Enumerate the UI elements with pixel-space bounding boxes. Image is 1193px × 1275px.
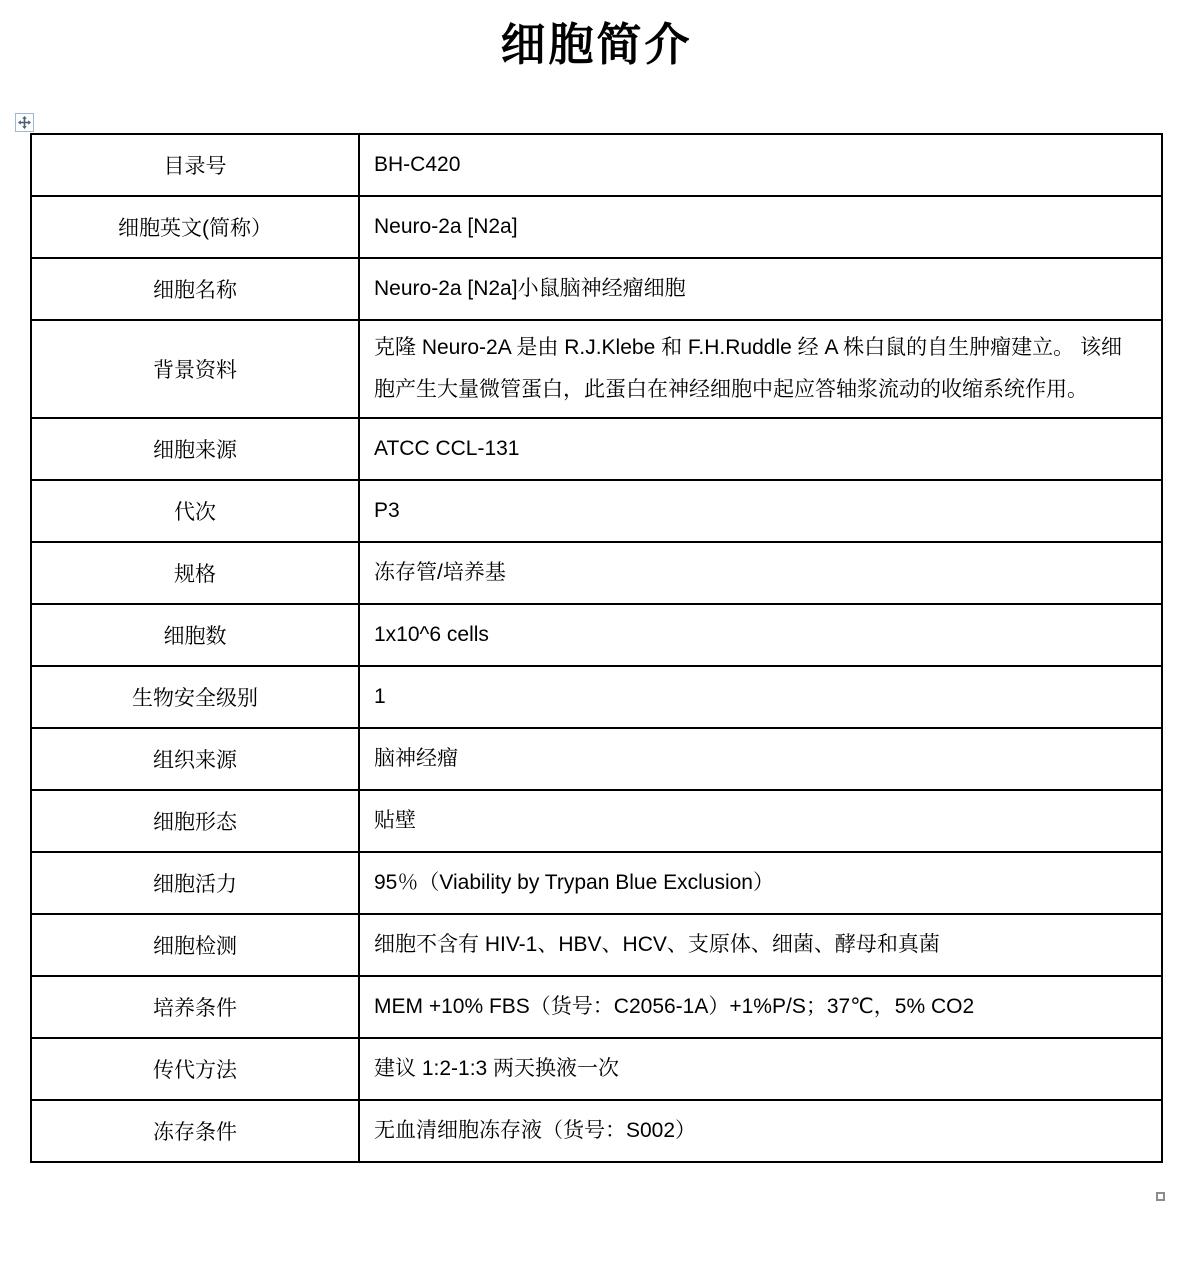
row-value: Neuro-2a [N2a]小鼠脑神经瘤细胞 bbox=[359, 258, 1162, 320]
row-value: 脑神经瘤 bbox=[359, 728, 1162, 790]
row-value: Neuro-2a [N2a] bbox=[359, 196, 1162, 258]
table-row: 冻存条件无血清细胞冻存液（货号：S002） bbox=[31, 1100, 1162, 1162]
table-resize-handle[interactable] bbox=[1156, 1192, 1165, 1201]
table-row: 培养条件MEM +10% FBS（货号：C2056-1A）+1%P/S；37℃，… bbox=[31, 976, 1162, 1038]
table-row: 细胞活力95％（Viability by Trypan Blue Exclusi… bbox=[31, 852, 1162, 914]
table-row: 代次P3 bbox=[31, 480, 1162, 542]
row-label: 细胞英文(简称） bbox=[31, 196, 359, 258]
row-value: 细胞不含有 HIV-1、HBV、HCV、支原体、细菌、酵母和真菌 bbox=[359, 914, 1162, 976]
table-row: 生物安全级别1 bbox=[31, 666, 1162, 728]
row-value: MEM +10% FBS（货号：C2056-1A）+1%P/S；37℃，5% C… bbox=[359, 976, 1162, 1038]
table-row: 细胞形态贴壁 bbox=[31, 790, 1162, 852]
row-label: 细胞形态 bbox=[31, 790, 359, 852]
row-value: 1x10^6 cells bbox=[359, 604, 1162, 666]
cell-info-table: 目录号BH-C420细胞英文(简称）Neuro-2a [N2a]细胞名称Neur… bbox=[30, 133, 1163, 1163]
row-value: 建议 1:2-1:3 两天换液一次 bbox=[359, 1038, 1162, 1100]
page-title: 细胞简介 bbox=[0, 8, 1193, 73]
row-label: 生物安全级别 bbox=[31, 666, 359, 728]
table-row: 组织来源脑神经瘤 bbox=[31, 728, 1162, 790]
row-label: 细胞名称 bbox=[31, 258, 359, 320]
row-label: 细胞检测 bbox=[31, 914, 359, 976]
table-row: 细胞检测细胞不含有 HIV-1、HBV、HCV、支原体、细菌、酵母和真菌 bbox=[31, 914, 1162, 976]
row-value: 无血清细胞冻存液（货号：S002） bbox=[359, 1100, 1162, 1162]
row-label: 培养条件 bbox=[31, 976, 359, 1038]
table-row: 细胞数1x10^6 cells bbox=[31, 604, 1162, 666]
table-row: 传代方法建议 1:2-1:3 两天换液一次 bbox=[31, 1038, 1162, 1100]
row-value: 1 bbox=[359, 666, 1162, 728]
row-label: 传代方法 bbox=[31, 1038, 359, 1100]
row-value: 冻存管/培养基 bbox=[359, 542, 1162, 604]
row-label: 代次 bbox=[31, 480, 359, 542]
row-label: 细胞活力 bbox=[31, 852, 359, 914]
row-label: 背景资料 bbox=[31, 320, 359, 418]
row-label: 细胞来源 bbox=[31, 418, 359, 480]
row-value: ATCC CCL-131 bbox=[359, 418, 1162, 480]
row-label: 组织来源 bbox=[31, 728, 359, 790]
table-row: 细胞来源ATCC CCL-131 bbox=[31, 418, 1162, 480]
row-value: BH-C420 bbox=[359, 134, 1162, 196]
row-label: 细胞数 bbox=[31, 604, 359, 666]
table-row: 背景资料克隆 Neuro-2A 是由 R.J.Klebe 和 F.H.Ruddl… bbox=[31, 320, 1162, 418]
row-label: 冻存条件 bbox=[31, 1100, 359, 1162]
table-row: 细胞名称Neuro-2a [N2a]小鼠脑神经瘤细胞 bbox=[31, 258, 1162, 320]
row-label: 目录号 bbox=[31, 134, 359, 196]
table-row: 规格冻存管/培养基 bbox=[31, 542, 1162, 604]
row-value: P3 bbox=[359, 480, 1162, 542]
table-row: 目录号BH-C420 bbox=[31, 134, 1162, 196]
table-row: 细胞英文(简称）Neuro-2a [N2a] bbox=[31, 196, 1162, 258]
row-value: 克隆 Neuro-2A 是由 R.J.Klebe 和 F.H.Ruddle 经 … bbox=[359, 320, 1162, 418]
row-label: 规格 bbox=[31, 542, 359, 604]
row-value: 贴壁 bbox=[359, 790, 1162, 852]
move-icon bbox=[18, 116, 31, 129]
row-value: 95％（Viability by Trypan Blue Exclusion） bbox=[359, 852, 1162, 914]
table-move-handle[interactable] bbox=[15, 113, 34, 132]
